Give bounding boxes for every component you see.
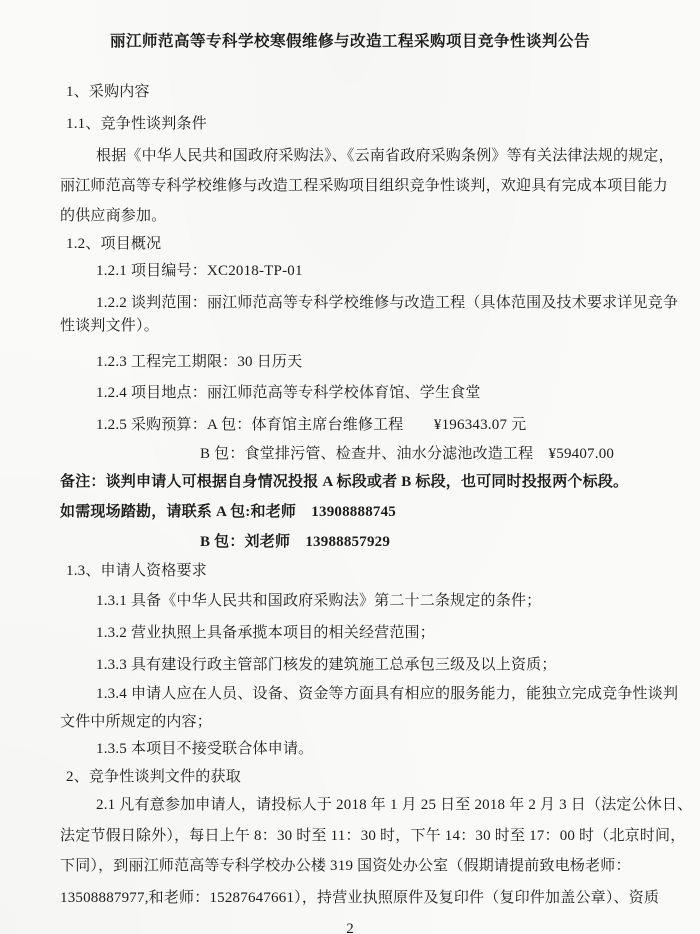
item-line: 1.3.1 具备《中华人民共和国政府采购法》第二十二条规定的条件；	[96, 591, 541, 611]
contact-line-a: 如需现场踏勘，请联系 A 包:和老师 13908888745	[60, 502, 396, 522]
paragraph-line: 根据《中华人民共和国政府采购法》、《云南省政府采购条例》等有关法律法规的规定，	[96, 146, 674, 166]
section-heading: 1.2、项目概况	[66, 234, 161, 254]
section-heading: 1.3、申请人资格要求	[66, 561, 207, 581]
item-line: 1.3.5 本项目不接受联合体申请。	[96, 739, 313, 759]
page-number: 2	[0, 921, 700, 934]
continuation-line: 法定节假日除外），每日上午 8：30 时至 11：30 时，下午 14：30 时…	[60, 826, 685, 846]
section-heading: 1、采购内容	[66, 82, 150, 102]
section-heading: 1.1、竞争性谈判条件	[66, 114, 207, 134]
continuation-line: 性谈判文件）。	[60, 316, 159, 336]
item-line: 1.2.2 谈判范围：丽江师范高等专科学校维修与改造工程（具体范围及技术要求详见…	[96, 293, 678, 313]
note-line: 备注：谈判申请人可根据自身情况投报 A 标段或者 B 标段，也可同时投报两个标段…	[60, 472, 628, 492]
item-line: 1.3.3 具有建设行政主管部门核发的建筑施工总承包三级及以上资质；	[96, 655, 557, 675]
continuation-line: 下同），到丽江师范高等专科学校办公楼 319 国资处办公室（假期请提前致电杨老师…	[60, 856, 631, 876]
item-line-budget-a: 1.2.5 采购预算：A 包：体育馆主席台维修工程 ¥196343.07 元	[96, 415, 526, 435]
paragraph-line: 丽江师范高等专科学校维修与改造工程采购项目组织竞争性谈判，欢迎具有完成本项目能力	[60, 176, 668, 196]
continuation-line: 文件中所规定的内容；	[60, 712, 212, 732]
continuation-line: 13508887977,和老师：15287647661），持营业执照原件及复印件…	[60, 888, 659, 908]
item-line: 1.2.4 项目地点：丽江师范高等专科学校体育馆、学生食堂	[96, 383, 481, 403]
item-line: 1.2.3 工程完工期限：30 日历天	[96, 352, 302, 372]
section-heading: 2、竞争性谈判文件的获取	[66, 767, 241, 787]
contact-line-b: B 包：刘老师 13988857929	[200, 532, 390, 552]
item-line: 1.2.1 项目编号：XC2018-TP-01	[96, 261, 303, 281]
item-line: 1.3.4 申请人应在人员、设备、资金等方面具有相应的服务能力，能独立完成竞争性…	[96, 684, 678, 704]
paragraph-line: 的供应商参加。	[60, 206, 166, 226]
item-line-budget-b: B 包：食堂排污管、检查井、油水分滤池改造工程 ¥59407.00	[200, 444, 614, 464]
document-page: 丽江师范高等专科学校寒假维修与改造工程采购项目竞争性谈判公告 1、采购内容 1.…	[0, 0, 700, 934]
document-title: 丽江师范高等专科学校寒假维修与改造工程采购项目竞争性谈判公告	[0, 29, 700, 51]
item-line: 2.1 凡有意参加申请人，请投标人于 2018 年 1 月 25 日至 2018…	[96, 795, 692, 815]
item-line: 1.3.2 营业执照上具备承揽本项目的相关经营范围；	[96, 623, 435, 643]
